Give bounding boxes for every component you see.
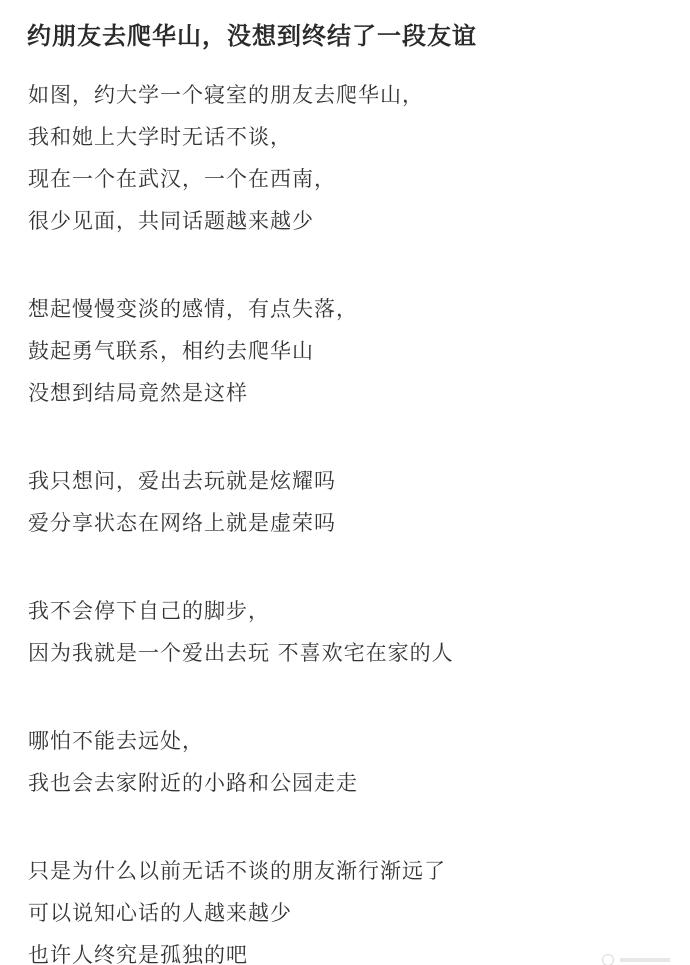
post-content: 约朋友去爬华山，没想到终结了一段友谊 如图，约大学一个寝室的朋友去爬华山， 我和… — [0, 0, 690, 965]
watermark-logo-icon — [602, 954, 614, 965]
watermark — [602, 949, 682, 963]
text-line: 只是为什么以前无话不谈的朋友渐行渐远了 — [28, 855, 446, 885]
text-line: 没想到结局竟然是这样 — [28, 377, 248, 407]
text-line: 现在一个在武汉，一个在西南， — [28, 163, 336, 193]
text-line: 可以说知心话的人越来越少 — [28, 897, 292, 927]
text-line: 我也会去家附近的小路和公园走走 — [28, 767, 358, 797]
text-line: 想起慢慢变淡的感情，有点失落， — [28, 293, 358, 323]
text-line: 很少见面，共同话题越来越少 — [28, 205, 314, 235]
text-line: 如图，约大学一个寝室的朋友去爬华山， — [28, 79, 424, 109]
text-line: 鼓起勇气联系，相约去爬华山 — [28, 335, 314, 365]
text-line: 因为我就是一个爱出去玩 不喜欢宅在家的人 — [28, 637, 454, 667]
text-line: 爱分享状态在网络上就是虚荣吗 — [28, 507, 336, 537]
text-line: 我只想问，爱出去玩就是炫耀吗 — [28, 465, 336, 495]
post-title: 约朋友去爬华山，没想到终结了一段友谊 — [27, 16, 477, 51]
text-line: 我和她上大学时无话不谈， — [28, 121, 292, 151]
text-line: 我不会停下自己的脚步， — [28, 595, 270, 625]
text-line: 哪怕不能去远处， — [28, 725, 204, 755]
text-line: 也许人终究是孤独的吧 — [28, 939, 248, 965]
watermark-text-placeholder — [620, 958, 670, 962]
